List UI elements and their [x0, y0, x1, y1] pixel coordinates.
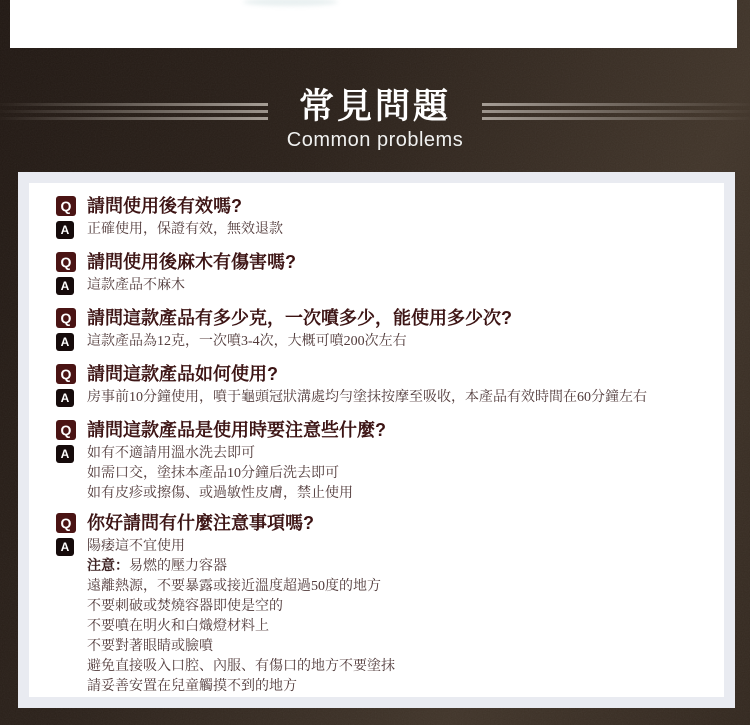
q-badge: Q [56, 308, 76, 328]
qa-item: Q 請問使用後麻木有傷害嗎? A 這款產品不麻木 [56, 252, 706, 296]
qa-item: Q 請問這款產品如何使用? A 房事前10分鐘使用，噴于龜頭冠狀溝處均勻塗抹按摩… [56, 364, 706, 408]
answer-line: 如需口交，塗抹本產品10分鐘后洗去即可 [87, 464, 353, 484]
a-badge: A [56, 277, 74, 295]
answer-line: 注意：易燃的壓力容器 [87, 557, 395, 577]
qa-item: Q 你好請問有什麼注意事項嗎? A 陽痿這不宜使用 注意：易燃的壓力容器 遠離熱… [56, 513, 706, 697]
q-badge: Q [56, 513, 76, 533]
a-badge: A [56, 221, 74, 239]
question-row: Q 請問這款產品有多少克，一次噴多少，能使用多少次? [56, 308, 706, 328]
answer-line: 陽痿這不宜使用 [87, 537, 395, 557]
question-text: 請問這款產品有多少克，一次噴多少，能使用多少次? [87, 308, 512, 328]
a-badge: A [56, 389, 74, 407]
qa-item: Q 請問這款產品是使用時要注意些什麼? A 如有不適請用溫水洗去即可 如需口交，… [56, 420, 706, 504]
answer-row: A 如有不適請用溫水洗去即可 如需口交，塗抹本產品10分鐘后洗去即可 如有皮疹或… [56, 444, 706, 504]
top-white-box [10, 0, 737, 48]
a-badge: A [56, 445, 74, 463]
answer-lines: 這款產品不麻木 [87, 276, 185, 296]
top-image-remnant [243, 0, 338, 6]
a-badge: A [56, 333, 74, 351]
answer-line: 避免直接吸入口腔、內服、有傷口的地方不要塗抹 [87, 657, 395, 677]
faq-subtitle: Common problems [0, 128, 750, 152]
a-badge: A [56, 538, 74, 556]
answer-line: 不要對著眼睛或臉噴 [87, 637, 395, 657]
answer-line: 如有皮疹或擦傷、或過敏性皮膚，禁止使用 [87, 484, 353, 504]
answer-line: 遠離熱源，不要暴露或接近溫度超過50度的地方 [87, 577, 395, 597]
q-badge: Q [56, 420, 76, 440]
q-badge: Q [56, 196, 76, 216]
question-row: Q 請問使用後麻木有傷害嗎? [56, 252, 706, 272]
answer-row: A 正確使用，保證有效，無效退款 [56, 220, 706, 240]
q-badge: Q [56, 252, 76, 272]
page-background: { "header": { "title": "常見問題", "subtitle… [0, 0, 750, 725]
answer-line: 不要刺破或焚燒容器即使是空的 [87, 597, 395, 617]
answer-lines: 如有不適請用溫水洗去即可 如需口交，塗抹本產品10分鐘后洗去即可 如有皮疹或擦傷… [87, 444, 353, 504]
qa-item: Q 請問這款產品有多少克，一次噴多少，能使用多少次? A 這款產品為12克，一次… [56, 308, 706, 352]
answer-lines: 正確使用，保證有效，無效退款 [87, 220, 283, 240]
answer-lines: 陽痿這不宜使用 注意：易燃的壓力容器 遠離熱源，不要暴露或接近溫度超過50度的地… [87, 537, 395, 697]
question-text: 請問使用後有效嗎? [87, 196, 242, 216]
answer-line: 不要噴在明火和白熾燈材料上 [87, 617, 395, 637]
answer-line: 房事前10分鐘使用，噴于龜頭冠狀溝處均勻塗抹按摩至吸收，本產品有效時間在60分鐘… [87, 388, 647, 408]
note-label: 注意： [87, 559, 129, 574]
answer-line: 正確使用，保證有效，無效退款 [87, 220, 283, 240]
question-text: 你好請問有什麼注意事項嗎? [87, 513, 314, 533]
qa-item: Q 請問使用後有效嗎? A 正確使用，保證有效，無效退款 [56, 196, 706, 240]
answer-row: A 房事前10分鐘使用，噴于龜頭冠狀溝處均勻塗抹按摩至吸收，本產品有效時間在60… [56, 388, 706, 408]
question-row: Q 請問這款產品是使用時要注意些什麼? [56, 420, 706, 440]
question-text: 請問這款產品是使用時要注意些什麼? [87, 420, 386, 440]
question-row: Q 請問這款產品如何使用? [56, 364, 706, 384]
answer-line: 這款產品不麻木 [87, 276, 185, 296]
answer-line: 請妥善安置在兒童觸摸不到的地方 [87, 677, 395, 697]
answer-line: 如有不適請用溫水洗去即可 [87, 444, 353, 464]
question-row: Q 請問使用後有效嗎? [56, 196, 706, 216]
note-text: 易燃的壓力容器 [129, 559, 227, 574]
question-row: Q 你好請問有什麼注意事項嗎? [56, 513, 706, 533]
answer-row: A 陽痿這不宜使用 注意：易燃的壓力容器 遠離熱源，不要暴露或接近溫度超過50度… [56, 537, 706, 697]
answer-row: A 這款產品不麻木 [56, 276, 706, 296]
answer-lines: 這款產品為12克，一次噴3-4次，大概可噴200次左右 [87, 332, 407, 352]
faq-header: 常見問題 Common problems [0, 86, 750, 152]
answer-row: A 這款產品為12克，一次噴3-4次，大概可噴200次左右 [56, 332, 706, 352]
faq-panel-inner: Q 請問使用後有效嗎? A 正確使用，保證有效，無效退款 Q 請問使用後麻木有傷… [29, 183, 724, 697]
answer-line: 這款產品為12克，一次噴3-4次，大概可噴200次左右 [87, 332, 407, 352]
faq-panel: Q 請問使用後有效嗎? A 正確使用，保證有效，無效退款 Q 請問使用後麻木有傷… [18, 172, 735, 708]
question-text: 請問使用後麻木有傷害嗎? [87, 252, 296, 272]
faq-title: 常見問題 [0, 86, 750, 128]
q-badge: Q [56, 364, 76, 384]
answer-lines: 房事前10分鐘使用，噴于龜頭冠狀溝處均勻塗抹按摩至吸收，本產品有效時間在60分鐘… [87, 388, 647, 408]
question-text: 請問這款產品如何使用? [87, 364, 278, 384]
